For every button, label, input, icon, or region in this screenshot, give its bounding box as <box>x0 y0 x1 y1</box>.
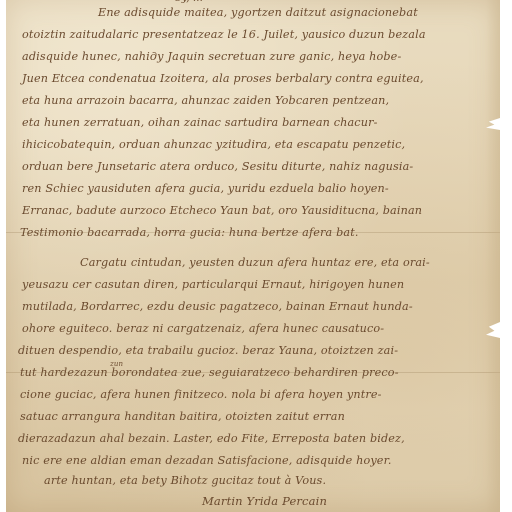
text-line: Cargatu cintudan, yeusten duzun afera hu… <box>80 256 430 269</box>
text-line: Juen Etcea condenatua Izoitera, ala pros… <box>22 72 424 85</box>
text-line: ren Schiec yausiduten afera gucia, yurid… <box>22 182 389 195</box>
text-line: dituen despendio, eta trabailu gucioz. b… <box>18 344 398 357</box>
text-line: Erranac, badute aurzoco Etcheco Yaun bat… <box>22 204 422 217</box>
text-line: cione guciac, afera hunen finitzeco. nol… <box>20 388 382 401</box>
text-line: otoiztin zaitudalaric presentatzeaz le 1… <box>22 28 426 41</box>
text-line: ihicicobatequin, orduan ahunzac yzitudir… <box>22 138 405 151</box>
text-line: eta huna arrazoin bacarra, ahunzac zaide… <box>22 94 389 107</box>
text-line: adisquide hunec, nahiду Jaquin secretuan… <box>22 50 401 63</box>
manuscript-page: Cy, ... Ene adisquide maitea, ygortzen d… <box>6 0 500 512</box>
text-line: eta hunen zerratuan, oihan zainac sartud… <box>22 116 378 129</box>
text-line: yeusazu cer casutan diren, particularqui… <box>22 278 404 291</box>
closing-line: arte huntan, eta bety Bihotz gucitaz tou… <box>44 474 326 487</box>
text-line: Testimonio bacarrada, horra gucia: huna … <box>20 226 359 239</box>
signature: Martin Yrida Percain <box>202 494 327 508</box>
text-line: orduan bere Junsetaric atera orduco, Ses… <box>22 160 413 173</box>
heading-fragment: Cy, ... <box>174 0 203 4</box>
text-line: satuac arrangura handitan baitira, otoiz… <box>20 410 345 423</box>
text-line: dierazadazun ahal bezain. Laster, edo Fi… <box>18 432 405 445</box>
text-line: ohore eguiteco. beraz ni cargatzenaiz, a… <box>22 322 384 335</box>
torn-right-edge <box>486 0 500 512</box>
text-line: mutilada, Bordarrec, ezdu deusic pagatze… <box>22 300 413 313</box>
text-line: tut hardezazun borondatea zue, seguiarat… <box>20 366 399 379</box>
text-line: nic ere ene aldian eman dezadan Satisfac… <box>22 454 392 467</box>
text-line: Ene adisquide maitea, ygortzen daitzut a… <box>98 6 418 19</box>
